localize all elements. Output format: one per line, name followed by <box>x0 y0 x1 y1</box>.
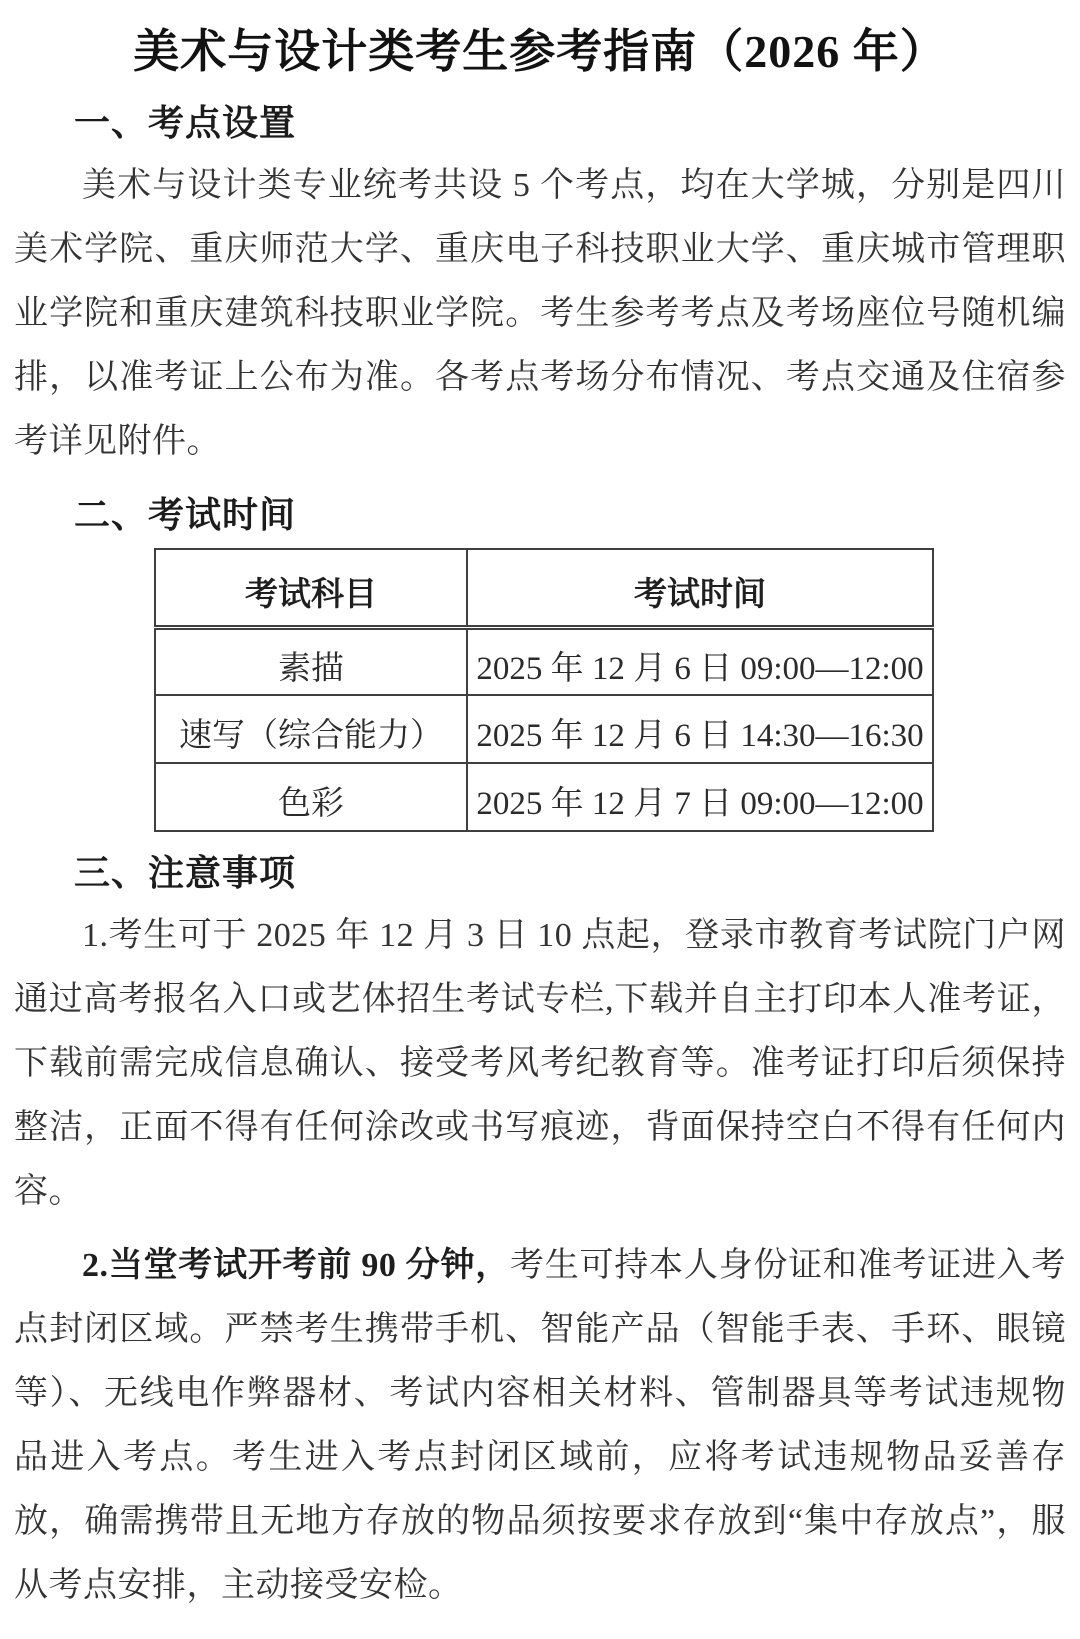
table-row: 素描 2025 年 12 月 6 日 09:00—12:00 <box>155 627 933 695</box>
exam-sites-paragraph: 美术与设计类专业统考共设 5 个考点，均在大学城，分别是四川美术学院、重庆师范大… <box>14 154 1066 474</box>
table-row: 速写（综合能力） 2025 年 12 月 6 日 14:30—16:30 <box>155 695 933 763</box>
subject-cell: 色彩 <box>155 763 467 831</box>
time-cell: 2025 年 12 月 7 日 09:00—12:00 <box>467 763 933 831</box>
column-header-time: 考试时间 <box>467 549 933 627</box>
document-title: 美术与设计类考生参考指南（2026 年） <box>14 22 1066 82</box>
table-row: 色彩 2025 年 12 月 7 日 09:00—12:00 <box>155 763 933 831</box>
time-cell: 2025 年 12 月 6 日 14:30—16:30 <box>467 695 933 763</box>
note-2-body: 考生可持本人身份证和准考证进入考点封闭区域。严禁考生携带手机、智能产品（智能手表… <box>14 1247 1066 1604</box>
section-heading-exam-schedule: 二、考试时间 <box>14 494 1066 536</box>
note-paragraph-1: 1.考生可于 2025 年 12 月 3 日 10 点起，登录市教育考试院门户网… <box>14 904 1066 1224</box>
exam-schedule-table: 考试科目 考试时间 素描 2025 年 12 月 6 日 09:00—12:00… <box>154 548 934 832</box>
note-paragraph-2: 2.当堂考试开考前 90 分钟，考生可持本人身份证和准考证进入考点封闭区域。严禁… <box>14 1234 1066 1618</box>
note-2-bold-lead: 2.当堂考试开考前 90 分钟， <box>82 1247 510 1284</box>
subject-cell: 速写（综合能力） <box>155 695 467 763</box>
table-header-row: 考试科目 考试时间 <box>155 549 933 627</box>
document-page: 美术与设计类考生参考指南（2026 年） 一、考点设置 美术与设计类专业统考共设… <box>0 0 1080 1639</box>
column-header-subject: 考试科目 <box>155 549 467 627</box>
subject-cell: 素描 <box>155 627 467 695</box>
time-cell: 2025 年 12 月 6 日 09:00—12:00 <box>467 627 933 695</box>
section-heading-notes: 三、注意事项 <box>14 852 1066 894</box>
section-heading-exam-sites: 一、考点设置 <box>14 102 1066 144</box>
